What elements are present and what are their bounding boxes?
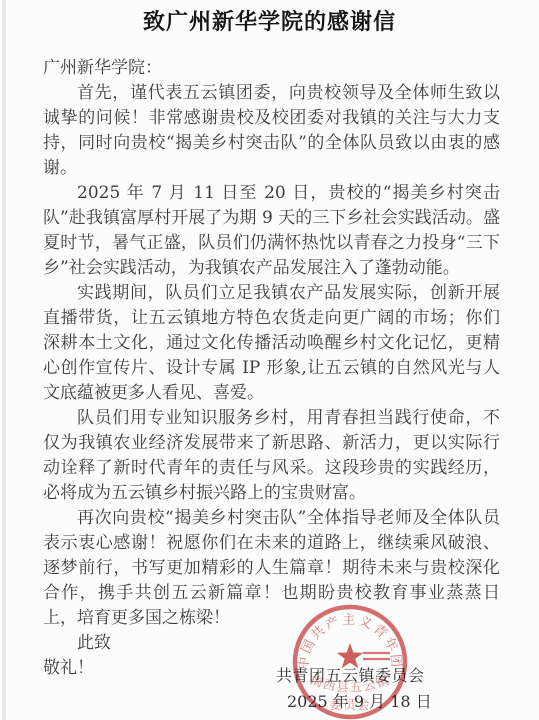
letter-title: 致广州新华学院的感谢信 xyxy=(0,5,539,36)
salutation: 广州新华学院： xyxy=(43,56,500,81)
closing-cizhi: 此致 xyxy=(43,631,500,656)
paragraph-4: 队员们用专业知识服务乡村，用青春担当践行使命，不仅为我镇农业经济发展带来了新思路… xyxy=(43,406,500,506)
paragraph-3: 实践期间，队员们立足我镇农产品发展实际，创新开展直播带货，让五云镇地方特色农货走… xyxy=(43,281,500,406)
letter-page: 致广州新华学院的感谢信 广州新华学院： 首先，谨代表五云镇团委，向贵校领导及全体… xyxy=(0,0,539,720)
closing-jingli: 敬礼！ xyxy=(43,656,500,681)
seal-star-icon xyxy=(337,643,364,668)
paragraph-1: 首先，谨代表五云镇团委，向贵校领导及全体师生致以诚挚的问候！非常感谢贵校及校团委… xyxy=(43,81,500,181)
letter-body: 广州新华学院： 首先，谨代表五云镇团委，向贵校领导及全体师生致以诚挚的问候！非常… xyxy=(43,56,500,681)
photo-edge xyxy=(2,0,6,720)
paragraph-2: 2025 年 7 月 11 日至 20 日，贵校的“揭美乡村突击队”赴我镇富厚村… xyxy=(43,181,500,281)
seal-inner-text-2: 委员会 xyxy=(329,697,371,712)
paragraph-5: 再次向贵校“揭美乡村突击队”全体指导老师及全体队员表示衷心感谢！祝愿你们在未来的… xyxy=(43,506,500,631)
seal-inner-text-1: 揭西县五云镇 xyxy=(308,672,392,695)
svg-text:揭西县五云镇: 揭西县五云镇 xyxy=(308,672,392,695)
official-seal-stamp: 中国共产主义青年团 揭西县五云镇 委员会 xyxy=(290,602,410,720)
